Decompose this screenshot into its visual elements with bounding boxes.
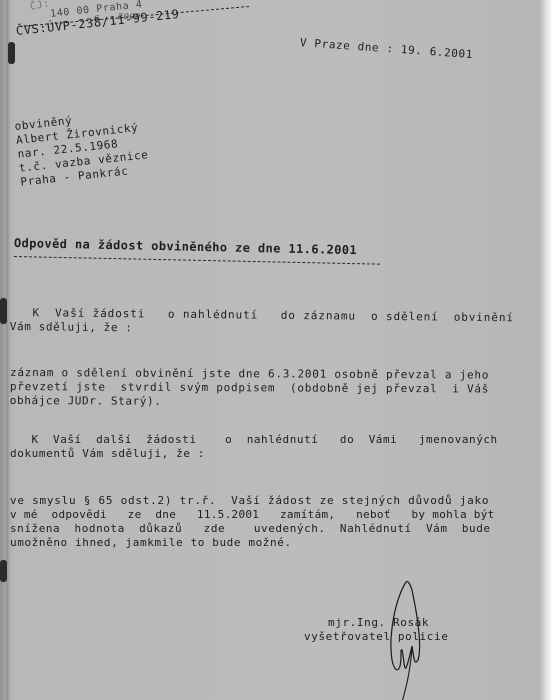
stamp-fragment: ČJ: — [29, 0, 51, 13]
punch-hole — [0, 298, 7, 324]
subject-underline — [14, 256, 380, 265]
place-date: V Praze dne : 19. 6.2001 — [300, 36, 474, 61]
paragraph-line: v mé odpovědi ze dne 11.5.2001 zamítám, … — [10, 508, 495, 521]
punch-hole — [0, 560, 7, 582]
paragraph-line: Vám sděluji, že : — [10, 320, 133, 334]
paragraph-line: obhájce JUDr. Starý). — [10, 394, 162, 408]
handwritten-signature-icon — [378, 578, 438, 700]
paragraph-line: převzetí jste stvrdil svým podpisem (obd… — [10, 380, 489, 396]
paragraph-line: K Vaší další žádosti o nahlédnutí do Vám… — [10, 433, 498, 446]
subject-heading: Odpověd na žádost obviněného ze dne 11.6… — [14, 236, 357, 257]
document-page: ČJ: 140 00 Praha 4 6 2000 ČVS:ÚVP-238/11… — [0, 0, 551, 700]
punch-hole — [8, 42, 15, 64]
paragraph-line: ve smyslu § 65 odst.2) tr.ř. Vaší žádost… — [10, 494, 489, 507]
paragraph-line: snížena hodnota důkazů zde uvedených. Na… — [10, 522, 491, 535]
paragraph-line: dokumentů Vám sděluji, že : — [10, 447, 205, 460]
paragraph-line: umožněno ihned, jamkmile to bude možné. — [10, 536, 292, 549]
binding-edge — [6, 0, 10, 700]
paragraph-line: záznam o sdělení obvinění jste dne 6.3.2… — [10, 366, 489, 382]
